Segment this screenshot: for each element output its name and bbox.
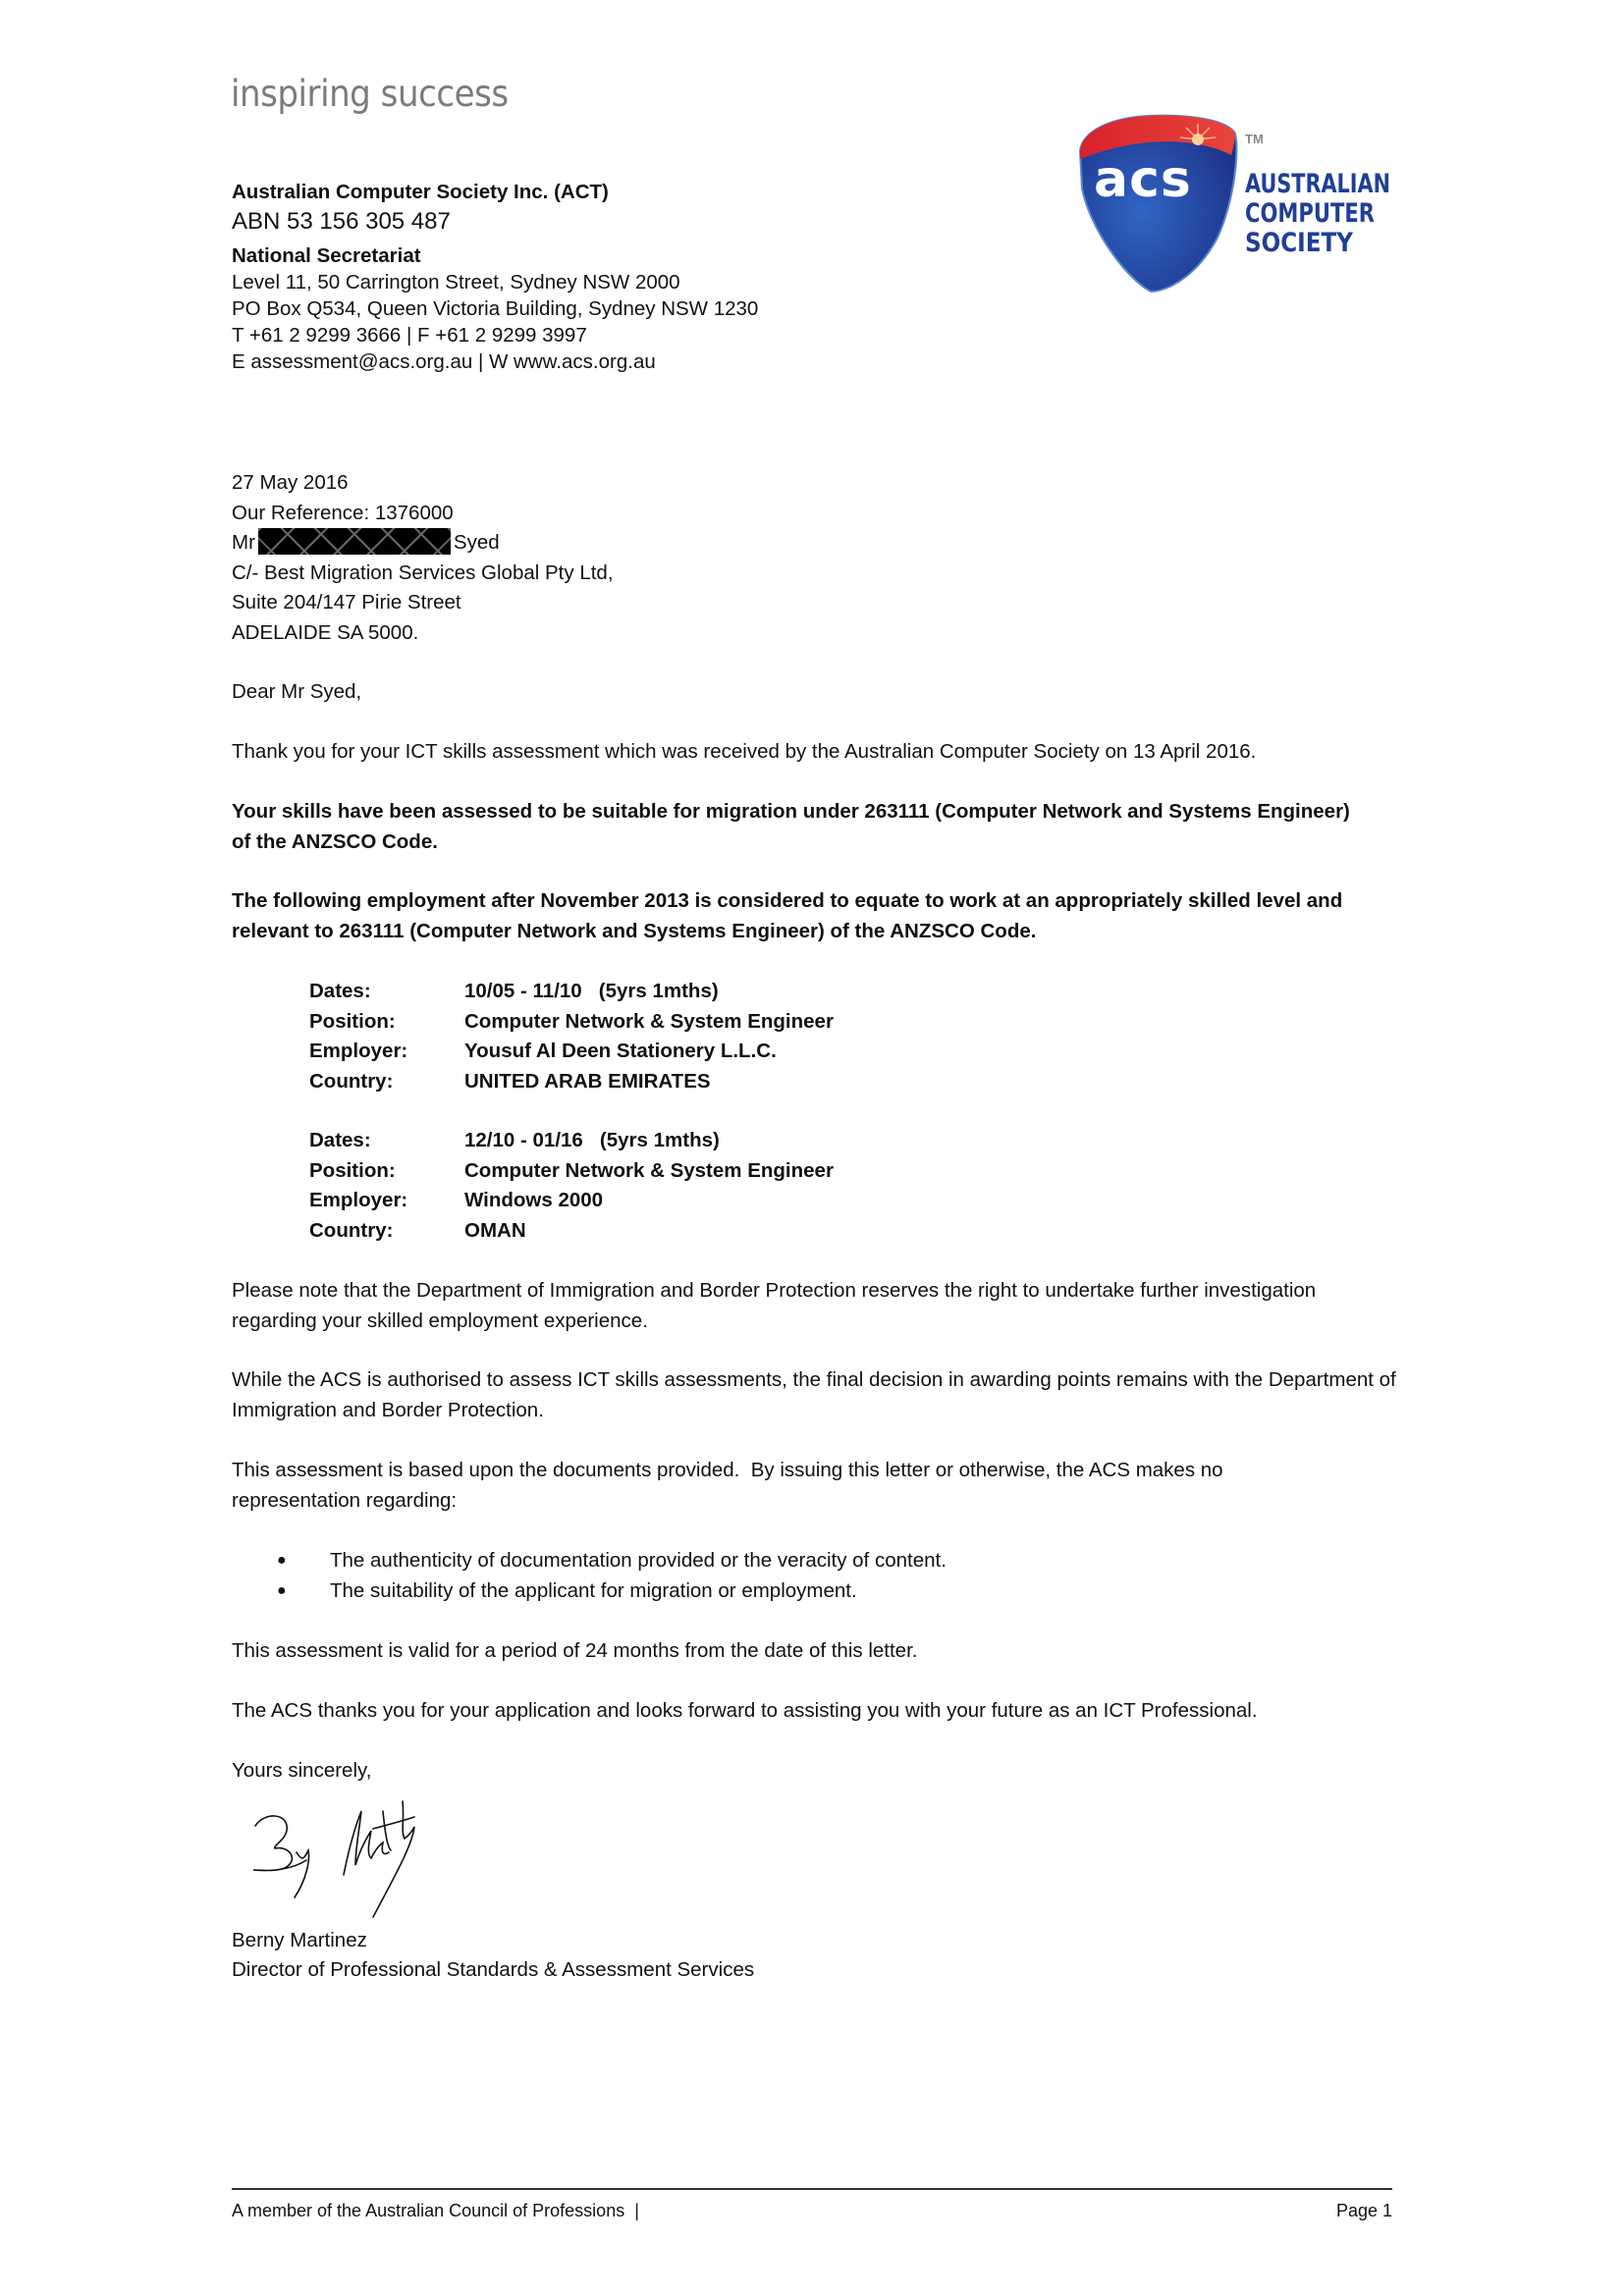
- paragraph-disclaimer: This assessment is based upon the docume…: [232, 1456, 1341, 1516]
- employment-position: Computer Network & System Engineer: [464, 1156, 834, 1187]
- employment-country: UNITED ARAB EMIRATES: [464, 1067, 711, 1097]
- recipient-block: 27 May 2016 Our Reference: 1376000 MrSye…: [232, 468, 1410, 648]
- paragraph-further-investigation: Please note that the Department of Immig…: [232, 1276, 1341, 1336]
- employment-dates: 10/05 - 11/10 (5yrs 1mths): [464, 977, 719, 1007]
- paragraph-employment-intro: The following employment after November …: [232, 886, 1425, 946]
- employment-entry: Dates:12/10 - 01/16 (5yrs 1mths) Positio…: [309, 1126, 834, 1246]
- employment-dates: 12/10 - 01/16 (5yrs 1mths): [464, 1126, 720, 1156]
- recipient-address-line: C/- Best Migration Services Global Pty L…: [232, 559, 1410, 589]
- svg-text:AUSTRALIAN: AUSTRALIAN: [1245, 169, 1390, 199]
- salutation: Dear Mr Syed,: [232, 677, 1410, 708]
- page-footer: A member of the Australian Council of Pr…: [232, 2201, 1392, 2221]
- recipient-address-line: ADELAIDE SA 5000.: [232, 618, 1410, 649]
- footer-divider: [232, 2188, 1392, 2190]
- employment-position: Computer Network & System Engineer: [464, 1007, 834, 1038]
- recipient-name: MrSyed: [232, 528, 1410, 559]
- letter-date: 27 May 2016: [232, 468, 1410, 499]
- employment-employer: Yousuf Al Deen Stationery L.L.C.: [464, 1037, 777, 1067]
- recipient-address-line: Suite 204/147 Pirie Street: [232, 588, 1410, 618]
- page-number: Page 1: [1336, 2201, 1392, 2221]
- paragraph-decision: While the ACS is authorised to assess IC…: [232, 1365, 1410, 1425]
- employment-employer: Windows 2000: [464, 1186, 603, 1216]
- tagline: inspiring success: [231, 73, 509, 115]
- signature: [245, 1791, 511, 1924]
- svg-text:acs: acs: [1094, 150, 1192, 209]
- abn: ABN 53 156 305 487: [232, 205, 758, 239]
- letterhead-address: Australian Computer Society Inc. (ACT) A…: [232, 179, 758, 375]
- paragraph-receipt: Thank you for your ICT skills assessment…: [232, 737, 1410, 768]
- redacted-name: [258, 528, 451, 555]
- closing: Yours sincerely,: [232, 1756, 1410, 1787]
- svg-text:COMPUTER: COMPUTER: [1245, 198, 1375, 229]
- svg-text:SOCIETY: SOCIETY: [1245, 228, 1353, 258]
- office-name: National Secretariat: [232, 242, 758, 269]
- org-name: Australian Computer Society Inc. (ACT): [232, 179, 758, 205]
- svg-text:TM: TM: [1245, 132, 1264, 146]
- bullet-icon: ●: [277, 1546, 330, 1576]
- signatory-name: Berny Martinez: [232, 1926, 1410, 1956]
- signatory-title: Director of Professional Standards & Ass…: [232, 1955, 1410, 1986]
- list-item: ●The authenticity of documentation provi…: [277, 1546, 947, 1576]
- list-item: ●The suitability of the applicant for mi…: [277, 1576, 947, 1607]
- employment-entry: Dates:10/05 - 11/10 (5yrs 1mths) Positio…: [309, 977, 834, 1096]
- paragraph-thanks: The ACS thanks you for your application …: [232, 1696, 1410, 1727]
- employment-country: OMAN: [464, 1216, 526, 1247]
- footer-membership: A member of the Australian Council of Pr…: [232, 2201, 639, 2221]
- paragraph-outcome: Your skills have been assessed to be sui…: [232, 797, 1351, 857]
- address-line: PO Box Q534, Queen Victoria Building, Sy…: [232, 295, 758, 322]
- address-line: Level 11, 50 Carrington Street, Sydney N…: [232, 269, 758, 295]
- paragraph-validity: This assessment is valid for a period of…: [232, 1636, 1410, 1667]
- acs-shield-icon: acs TM AUSTRALIAN COMPUTER SOCIETY: [1070, 110, 1404, 296]
- signature-icon: [245, 1791, 511, 1924]
- acs-logo: acs TM AUSTRALIAN COMPUTER SOCIETY: [1070, 110, 1404, 296]
- phone-line: T +61 2 9299 3666 | F +61 2 9299 3997: [232, 322, 758, 348]
- disclaimer-list: ●The authenticity of documentation provi…: [277, 1546, 947, 1606]
- bullet-icon: ●: [277, 1576, 330, 1607]
- reference-number: Our Reference: 1376000: [232, 499, 1410, 529]
- contact-line: E assessment@acs.org.au | W www.acs.org.…: [232, 348, 758, 375]
